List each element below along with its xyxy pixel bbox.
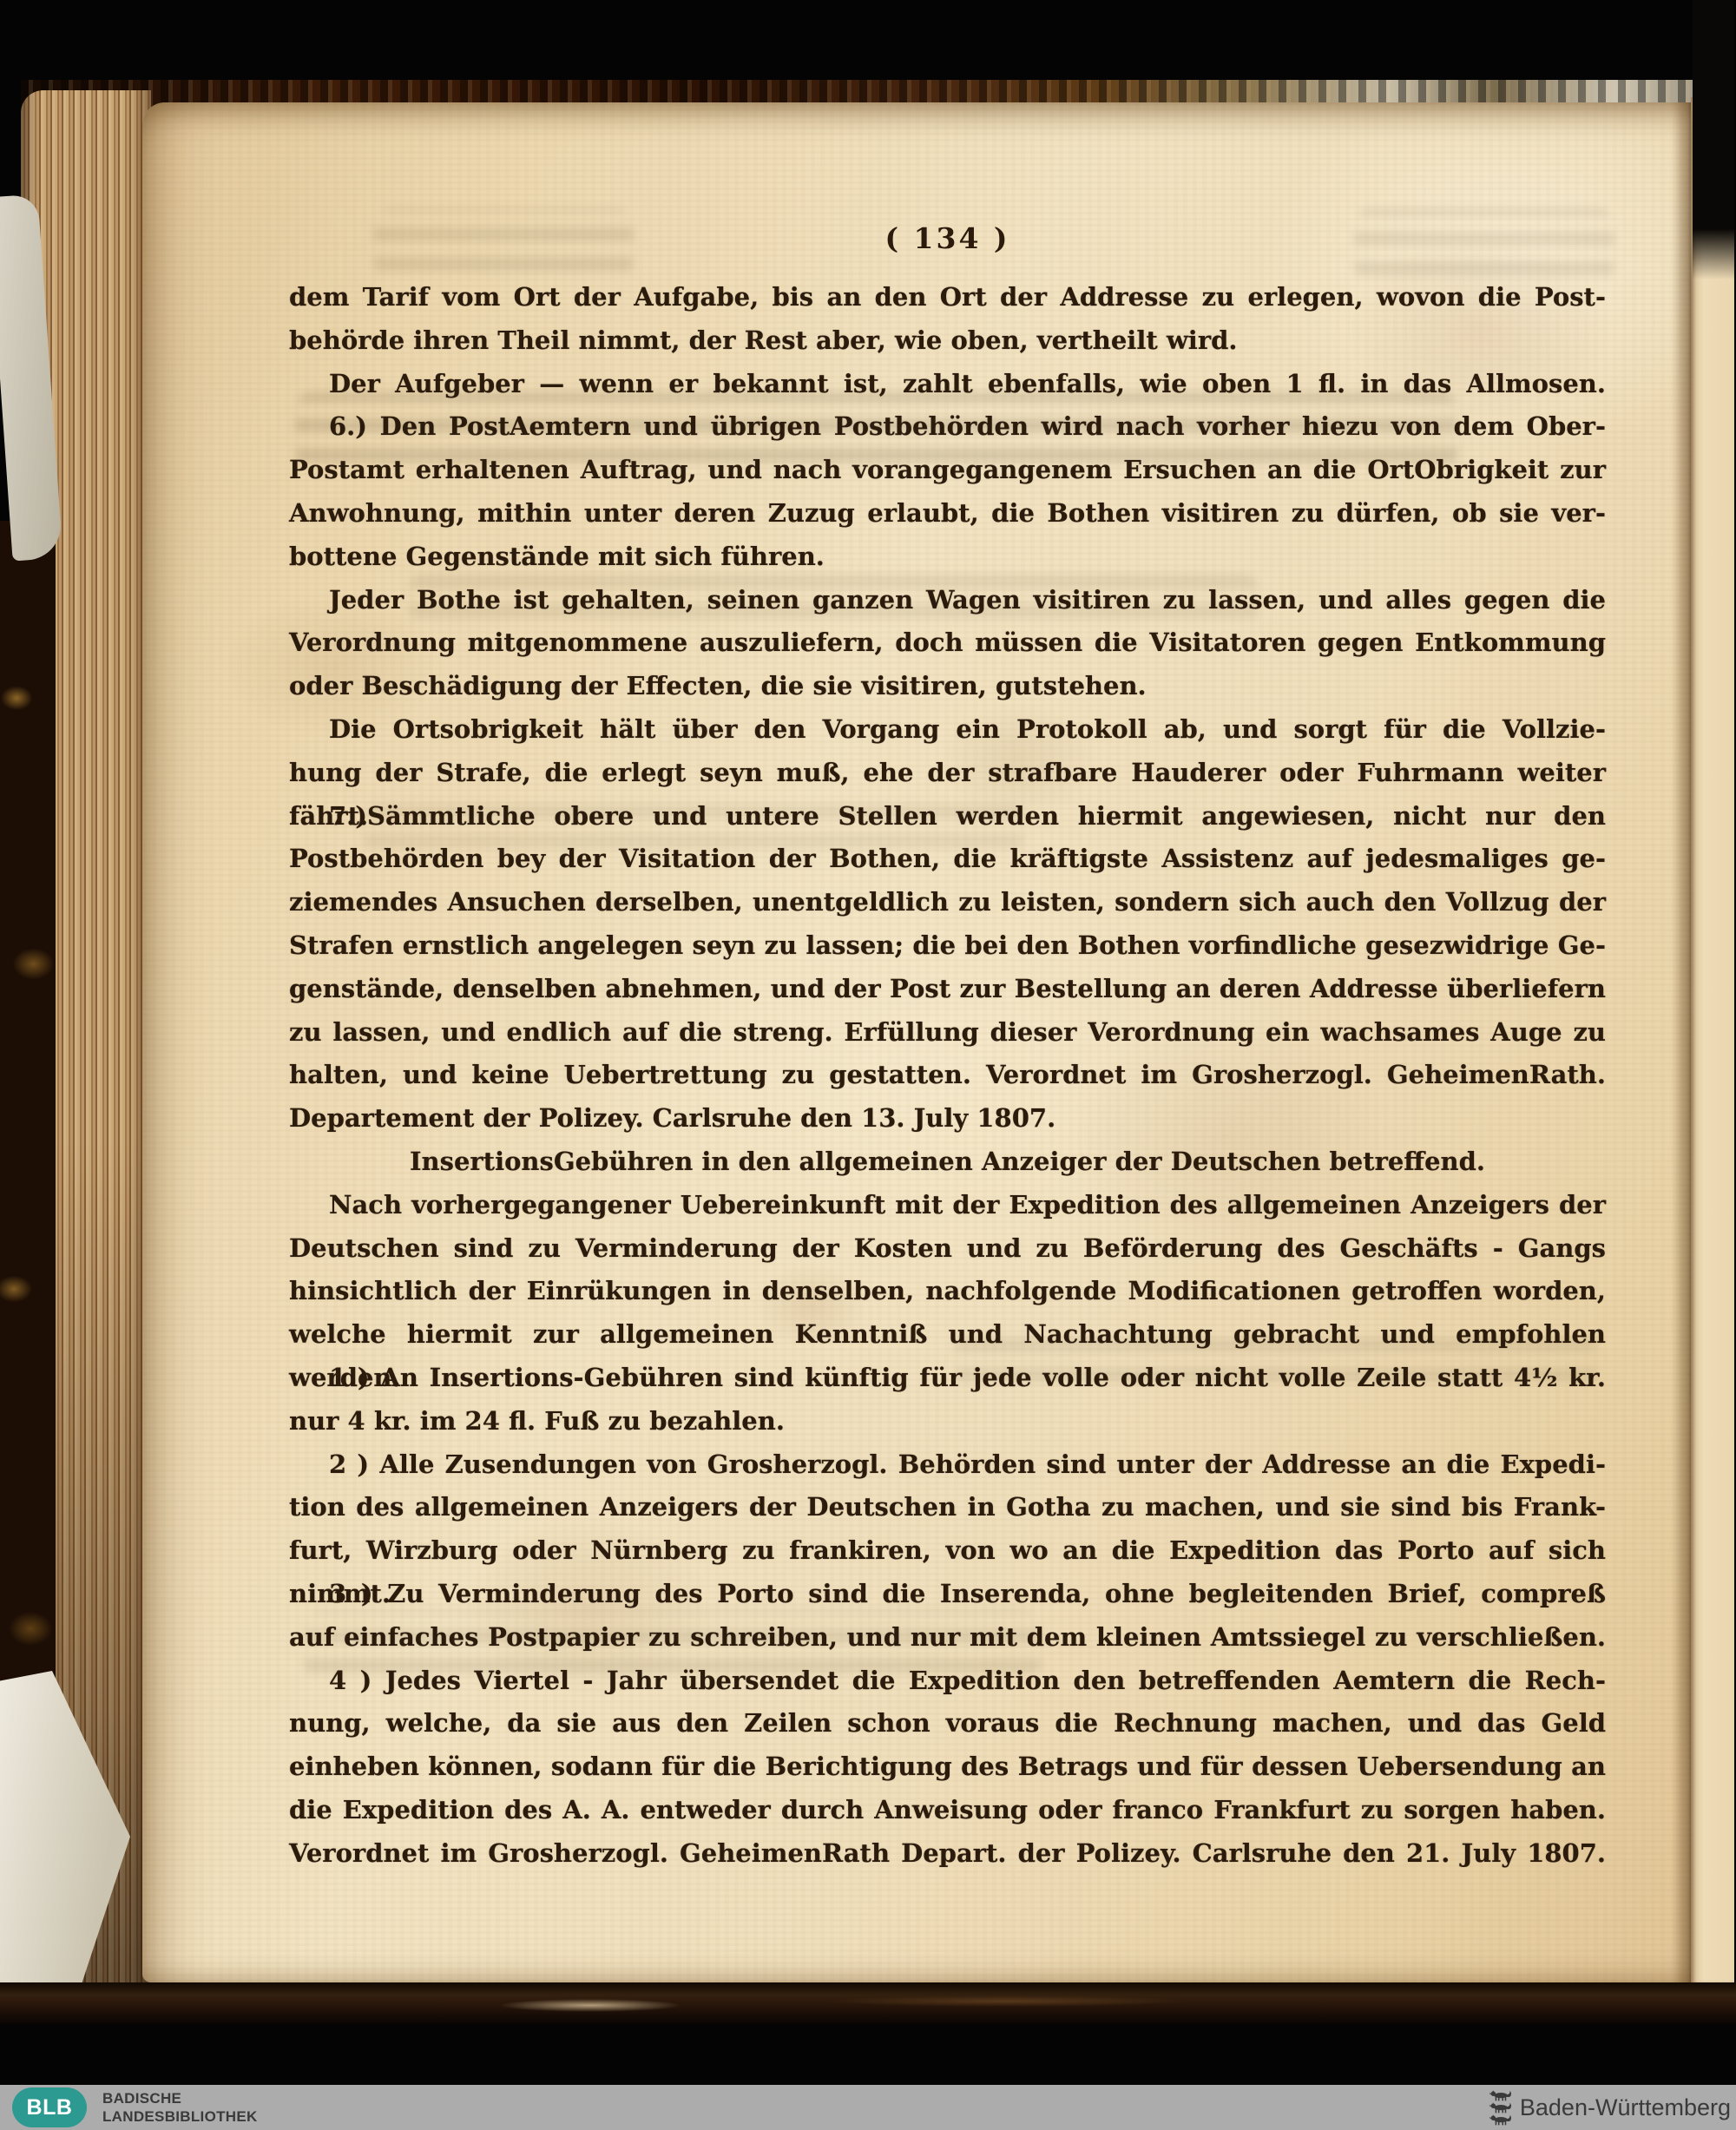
text-line: auf einfaches Postpapier zu schreiben, u… bbox=[289, 1616, 1606, 1660]
adjacent-page-edge bbox=[1691, 97, 1734, 1984]
page-text: dem Tarif vom Ort der Aufgabe, bis an de… bbox=[289, 276, 1606, 1875]
library-footer-bar: BLB BADISCHE LANDESBIBLIOTHEK Baden-Würt… bbox=[0, 2085, 1736, 2130]
text-line: InsertionsGebühren in den allgemeinen An… bbox=[289, 1141, 1606, 1184]
text-line: einheben können, sodann für die Berichti… bbox=[289, 1745, 1606, 1789]
text-line: Deutschen sind zu Verminderung der Koste… bbox=[289, 1227, 1606, 1271]
text-line: 3 ) Zu Verminderung des Porto sind die I… bbox=[289, 1573, 1606, 1616]
text-line: Strafen ernstlich angelegen seyn zu lass… bbox=[289, 924, 1606, 968]
text-line: tion des allgemeinen Anzeigers der Deuts… bbox=[289, 1486, 1606, 1529]
text-line: welche hiermit zur allgemeinen Kenntniß … bbox=[289, 1313, 1606, 1357]
lion-icon bbox=[1489, 2114, 1512, 2126]
text-line: 1 ) An Insertions-Gebühren sind künftig … bbox=[289, 1357, 1606, 1400]
lion-icon bbox=[1489, 2090, 1512, 2101]
library-name: BADISCHE LANDESBIBLIOTHEK bbox=[102, 2089, 258, 2126]
text-line: hinsichtlich der Einrükungen in denselbe… bbox=[289, 1270, 1606, 1313]
binding-shadow bbox=[1693, 0, 1734, 279]
text-line: oder Beschädigung der Effecten, die sie … bbox=[289, 665, 1606, 708]
page-fold-shadow bbox=[1672, 102, 1691, 1982]
text-line: Verordnung mitgenommene auszuliefern, do… bbox=[289, 621, 1606, 665]
page-number: ( 134 ) bbox=[289, 217, 1606, 260]
text-line: bottene Gegenstände mit sich führen. bbox=[289, 536, 1606, 579]
text-line: Nach vorhergegangener Uebereinkunft mit … bbox=[289, 1184, 1606, 1227]
library-name-line1: BADISCHE bbox=[102, 2089, 258, 2107]
text-line: 4 ) Jedes Viertel - Jahr übersendet die … bbox=[289, 1660, 1606, 1703]
text-line: Departement der Polizey. Carlsruhe den 1… bbox=[289, 1097, 1606, 1141]
text-line: 2 ) Alle Zusendungen von Grosherzogl. Be… bbox=[289, 1443, 1606, 1487]
text-line: Postbehörden bey der Visitation der Both… bbox=[289, 838, 1606, 881]
library-name-line2: LANDESBIBLIOTHEK bbox=[102, 2107, 258, 2126]
blb-logo-label: BLB bbox=[27, 2095, 73, 2120]
table-edge bbox=[0, 1982, 1736, 2024]
state-label: Baden-Württemberg bbox=[1520, 2094, 1731, 2121]
text-line: furt, Wirzburg oder Nürnberg zu frankire… bbox=[289, 1529, 1606, 1573]
blb-logo: BLB bbox=[12, 2087, 87, 2127]
text-line: halten, und keine Uebertrettung zu gesta… bbox=[289, 1054, 1606, 1097]
text-line: nur 4 kr. im 24 fl. Fuß zu bezahlen. bbox=[289, 1400, 1606, 1443]
text-line: Der Aufgeber — wenn er bekannt ist, zahl… bbox=[289, 363, 1606, 406]
text-line: 6.) Den PostAemtern und übrigen Postbehö… bbox=[289, 405, 1606, 449]
text-line: zu lassen, und endlich auf die streng. E… bbox=[289, 1011, 1606, 1055]
state-brand: Baden-Württemberg bbox=[1489, 2085, 1731, 2130]
text-line: dem Tarif vom Ort der Aufgabe, bis an de… bbox=[289, 276, 1606, 319]
text-line: 7.)Sämmtliche obere und untere Stellen w… bbox=[289, 795, 1606, 838]
text-line: die Expedition des A. A. entweder durch … bbox=[289, 1789, 1606, 1832]
text-line: Die Ortsobrigkeit hält über den Vorgang … bbox=[289, 708, 1606, 752]
text-line: hung der Strafe, die erlegt seyn muß, eh… bbox=[289, 752, 1606, 795]
text-line: behörde ihren Theil nimmt, der Rest aber… bbox=[289, 319, 1606, 363]
text-line: Postamt erhaltenen Auftrag, und nach vor… bbox=[289, 449, 1606, 492]
digitized-book-scan: ( 134 ) dem Tarif vom Ort der Aufgabe, b… bbox=[0, 0, 1736, 2130]
text-line: nung, welche, da sie aus den Zeilen scho… bbox=[289, 1702, 1606, 1745]
text-line: Anwohnung, mithin unter deren Zuzug erla… bbox=[289, 492, 1606, 536]
text-line: Verordnet im Grosherzogl. GeheimenRath D… bbox=[289, 1832, 1606, 1876]
text-line: ziemendes Ansuchen derselben, unentgeldl… bbox=[289, 881, 1606, 924]
text-line: Jeder Bothe ist gehalten, seinen ganzen … bbox=[289, 579, 1606, 622]
text-line: genstände, denselben abnehmen, und der P… bbox=[289, 968, 1606, 1011]
bw-coat-of-arms bbox=[1489, 2090, 1512, 2126]
lion-icon bbox=[1489, 2102, 1512, 2114]
